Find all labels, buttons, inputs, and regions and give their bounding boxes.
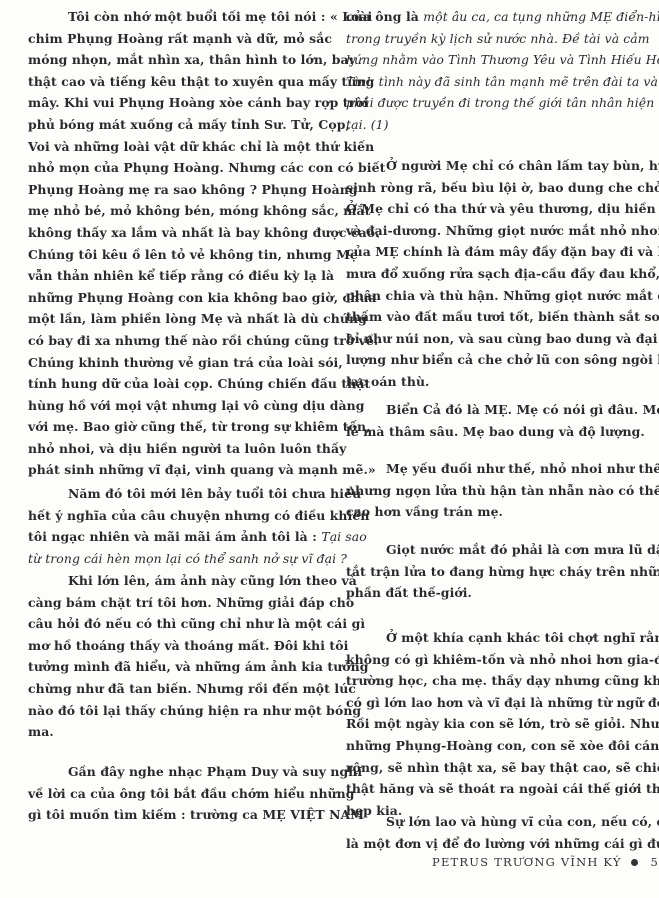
page-footer: PETRUS TRƯƠNG VĨNH KÝ 5 — [432, 855, 642, 869]
paragraph: Biển Cả đó là MẸ. Mẹ có nói gì đâu. Mẹ l… — [346, 399, 638, 442]
text-line: là một đơn vị để đo lường với những cái … — [346, 833, 638, 855]
text-line: sinh ròng rã, bếu bìu lội ờ, bao dung ch… — [346, 177, 638, 199]
text-line: của MẸ chính là đám mây đầy đặn bay đi v… — [346, 241, 638, 263]
text-line: Khi lớn lên, ám ảnh này cũng lớn theo và — [28, 570, 318, 592]
text-line: Tình tình này đã sinh tân mạnh mẽ trên đ… — [346, 71, 638, 93]
text-line: hết ý nghĩa của câu chuyện nhưng có điều… — [28, 505, 318, 527]
text-line: mưa đổ xuống rửa sạch địa-cầu đầy đau kh… — [346, 263, 638, 285]
text-line: câu hỏi đó nếu có thì cũng chỉ như là mộ… — [28, 613, 318, 635]
text-line: lạc oán thù. — [346, 371, 638, 393]
text-line: nào đó tôi lại thấy chúng hiện ra như mộ… — [28, 700, 318, 722]
text-line: hứng nhằm vào Tình Thương Yêu và Tình Hi… — [346, 49, 638, 71]
text-line: không thấy xa lắm và nhất là bay không đ… — [28, 222, 318, 244]
text-line: ma. — [28, 721, 318, 743]
text-line: và đại-dương. Những giọt nước mắt nhỏ nh… — [346, 220, 638, 242]
text-line: càng bám chặt trí tôi hơn. Những giải đá… — [28, 592, 318, 614]
text-line: rộng, sẽ nhìn thật xa, sẽ bay thật cao, … — [346, 757, 638, 779]
text-line: tắt trận lửa to đang hừng hực cháy trên … — [346, 561, 638, 583]
text-line: phát sinh những vĩ đại, vinh quang và mạ… — [28, 459, 318, 481]
text-line: nhỏ nhoi, và dịu hiền người ta luôn luôn… — [28, 438, 318, 460]
text-line: với mẹ. Bao giờ cũng thế, từ trong sự kh… — [28, 416, 318, 438]
text-line: Mẹ yếu đuối như thế, nhỏ nhoi như thế, — [346, 458, 638, 480]
text-line: Năm đó tôi mới lên bảy tuổi tôi chưa hiể… — [28, 483, 318, 505]
text-line: Ở người Mẹ chỉ có chân lấm tay bùn, hy — [346, 155, 638, 177]
text-line: Giọt nước mắt đó phải là cơn mưa lũ dập — [346, 539, 638, 561]
text-line: phần đất thế-giới. — [346, 582, 638, 604]
paragraph: Năm đó tôi mới lên bảy tuổi tôi chưa hiể… — [28, 483, 318, 569]
paragraph: Ở người Mẹ chỉ có chân lấm tay bùn, hysi… — [346, 155, 638, 393]
text-line: Sự lớn lao và hùng vĩ của con, nếu có, c… — [346, 811, 638, 833]
text-line: không có gì khiêm-tốn và nhỏ nhoi hơn gi… — [346, 649, 638, 671]
text-line: Gần đây nghe nhạc Phạm Duy và suy nghĩ — [28, 761, 318, 783]
text-line: chim Phụng Hoàng rất mạnh và dữ, mỏ sắc — [28, 28, 318, 50]
text-line: thật cao và tiếng kêu thật to xuyên qua … — [28, 71, 318, 93]
text-line: cao hơn vầng trán mẹ. — [346, 501, 638, 523]
page-number: 5 — [650, 855, 659, 869]
text-line: Ở Mẹ chỉ có tha thứ và yêu thương, dịu h… — [346, 198, 638, 220]
text-line: Voi và những loài vật dữ khác chỉ là một… — [28, 136, 318, 158]
text-line: Tôi còn nhớ một buổi tối mẹ tôi nói : « … — [28, 6, 318, 28]
text-line: tại. (1) — [346, 114, 638, 136]
text-line: phủ bóng mát xuống cả mấy tỉnh Sư. Tử, C… — [28, 114, 318, 136]
text-line: tưởng mình đã hiểu, và những ám ảnh kia … — [28, 656, 318, 678]
text-line: của ông là một âu ca, ca tụng những MẸ đ… — [346, 6, 638, 28]
text-line: hùng hồ với mọi vật nhưng lại vô cùng dị… — [28, 395, 318, 417]
paragraph: Mẹ yếu đuối như thế, nhỏ nhoi như thế,nh… — [346, 458, 638, 523]
text-line: Chúng tôi kêu ồ lên tỏ vẻ không tin, như… — [28, 244, 318, 266]
text-line: mây. Khi vui Phụng Hoàng xòe cánh bay rợ… — [28, 92, 318, 114]
text-line: về lời ca của ông tôi bắt đầu chớm hiểu … — [28, 783, 318, 805]
text-line: thấm vào đất mầu tươi tốt, biến thành sắ… — [346, 306, 638, 328]
text-line: móng nhọn, mắt nhìn xa, thân hình to lớn… — [28, 49, 318, 71]
text-line: Rồi một ngày kia con sẽ lớn, trò sẽ giỏi… — [346, 713, 638, 735]
text-line: lượng như biển cả che chở lũ con sông ng… — [346, 349, 638, 371]
text-line: gì tôi muốn tìm kiếm : trường ca MẸ VIỆT… — [28, 804, 318, 826]
paragraph: của ông là một âu ca, ca tụng những MẸ đ… — [346, 6, 638, 136]
text-line: từ trong cái hèn mọn lại có thể sanh nở … — [28, 548, 318, 570]
text-line: phải được truyền đi trong thế giới tân n… — [346, 92, 638, 114]
text-line: tính hung dữ của loài cọp. Chúng chiến đ… — [28, 373, 318, 395]
text-line: những Phụng Hoàng con kia không bao giờ,… — [28, 287, 318, 309]
text-line: vẫn thản nhiên kể tiếp rằng có điều kỳ l… — [28, 265, 318, 287]
text-line: nhưng ngọn lửa thù hận tàn nhẫn nào có t… — [346, 480, 638, 502]
bullet-icon — [631, 859, 638, 866]
text-line: mẹ nhỏ bé, mỏ không bén, móng không sắc,… — [28, 200, 318, 222]
paragraph: Giọt nước mắt đó phải là cơn mưa lũ dậpt… — [346, 539, 638, 604]
text-line: chừng như đã tan biến. Nhưng rồi đến một… — [28, 678, 318, 700]
text-line: phân chia và thù hận. Những giọt nước mắ… — [346, 285, 638, 307]
text-line: Biển Cả đó là MẸ. Mẹ có nói gì đâu. Mẹ l… — [346, 399, 638, 421]
text-line: tôi ngạc nhiên và mãi mãi ám ảnh tôi là … — [28, 526, 318, 548]
text-line: trường học, cha mẹ. thầy dạy nhưng cũng … — [346, 670, 638, 692]
paragraph: Sự lớn lao và hùng vĩ của con, nếu có, c… — [346, 811, 638, 854]
running-title: PETRUS TRƯƠNG VĨNH KÝ — [432, 855, 622, 869]
text-line: có gì lớn lao hơn và vĩ đại là những từ … — [346, 692, 638, 714]
text-line: bỉ như núi non, và sau cùng bao dung và … — [346, 328, 638, 350]
paragraph: Tôi còn nhớ một buổi tối mẹ tôi nói : « … — [28, 6, 318, 481]
text-line: lẽ mà thâm sâu. Mẹ bao dung và độ lượng. — [346, 421, 638, 443]
text-line: thật hăng và sẽ thoát ra ngoài cái thế g… — [346, 778, 638, 800]
paragraph: Khi lớn lên, ám ảnh này cũng lớn theo và… — [28, 570, 318, 743]
text-line: nhỏ mọn của Phụng Hoàng. Nhưng các con c… — [28, 157, 318, 179]
text-line: Phụng Hoàng mẹ ra sao không ? Phụng Hoàn… — [28, 179, 318, 201]
text-line: có bay đi xa nhưng thế nào rồi chúng cũn… — [28, 330, 318, 352]
text-line: Ở một khía cạnh khác tôi chợt nghĩ rằng — [346, 627, 638, 649]
paragraph: Ở một khía cạnh khác tôi chợt nghĩ rằngk… — [346, 627, 638, 821]
text-line: một lần, làm phiền lòng Mẹ và nhất là dù… — [28, 308, 318, 330]
text-line: trong truyền kỳ lịch sử nước nhà. Đề tài… — [346, 28, 638, 50]
text-line: mơ hồ thoáng thấy và thoáng mất. Đôi khi… — [28, 635, 318, 657]
paragraph: Gần đây nghe nhạc Phạm Duy và suy nghĩvề… — [28, 761, 318, 826]
text-line: những Phụng-Hoàng con, con sẽ xòe đôi cá… — [346, 735, 638, 757]
text-line: Chúng khinh thường vẻ gian trá của loài … — [28, 352, 318, 374]
